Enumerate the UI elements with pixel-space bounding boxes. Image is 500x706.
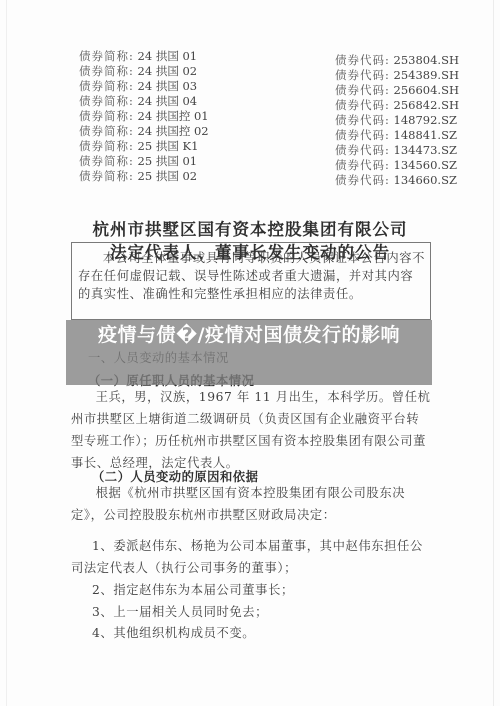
bond-code-row: 债券代码: 256842.SH (335, 98, 459, 113)
page-edge-right (493, 0, 494, 706)
bond-code-row: 债券代码: 148841.SZ (335, 128, 459, 143)
bond-code-label: 债券代码: (335, 143, 390, 157)
bond-name-row: 债券简称: 24 拱国控 02 (79, 124, 209, 139)
bond-names-list: 债券简称: 24 拱国 01 债券简称: 24 拱国 02 债券简称: 24 拱… (79, 49, 209, 184)
decision-item-3: 3、上一届相关人员同时免去； (92, 602, 268, 620)
bond-name-row: 债券简称: 24 拱国控 01 (79, 109, 209, 124)
bond-code-value: 134560.SZ (394, 158, 457, 172)
bond-code-value: 253804.SH (394, 53, 459, 67)
bond-code-label: 债券代码: (335, 173, 390, 187)
bond-code-value: 134473.SZ (394, 143, 457, 157)
bond-name-label: 债券简称: (79, 79, 134, 93)
bond-name-row: 债券简称: 25 拱国 01 (79, 154, 209, 169)
bond-code-value: 254389.SH (394, 68, 459, 82)
bond-code-row: 债券代码: 134473.SZ (335, 143, 459, 158)
bond-code-label: 债券代码: (335, 68, 390, 82)
bond-name-label: 债券简称: (79, 169, 134, 183)
bond-code-label: 债券代码: (335, 53, 390, 67)
disclaimer-box: 本公司全体董事或具有同等职责的人员保证本公告内容不存在任何虚假记载、误导性陈述或… (71, 242, 431, 320)
document-title-line1: 杭州市拱墅区国有资本控股集团有限公司 (0, 216, 500, 240)
bond-code-value: 148841.SZ (394, 128, 457, 142)
bond-name-row: 债券简称: 25 拱国 K1 (79, 139, 209, 154)
bond-name-value: 24 拱国 02 (138, 64, 198, 78)
bond-code-value: 256604.SH (394, 83, 459, 97)
bond-name-value: 24 拱国 04 (138, 94, 198, 108)
bond-name-label: 债券简称: (79, 94, 134, 108)
bond-name-label: 债券简称: (79, 154, 134, 168)
bond-codes-list: 债券代码: 253804.SH 债券代码: 254389.SH 债券代码: 25… (335, 53, 459, 188)
overlay-title: 疫情与债�/疫情对国债发行的影响 (66, 323, 432, 347)
section1-paragraph: 王兵，男，汉族，1967 年 11 月出生，本科学历。曾任杭州市拱墅区上塘街道二… (71, 386, 431, 474)
bond-name-row: 债券简称: 24 拱国 04 (79, 94, 209, 109)
document-page: 债券简称: 24 拱国 01 债券简称: 24 拱国 02 债券简称: 24 拱… (0, 0, 500, 706)
bond-code-row: 债券代码: 254389.SH (335, 68, 459, 83)
bond-name-value: 25 拱国 K1 (138, 139, 199, 153)
bond-name-label: 债券简称: (79, 139, 134, 153)
bond-name-row: 债券简称: 24 拱国 03 (79, 79, 209, 94)
bond-name-label: 债券简称: (79, 64, 134, 78)
bond-name-value: 25 拱国 01 (138, 154, 198, 168)
bond-name-value: 24 拱国 01 (138, 49, 198, 63)
bond-name-value: 25 拱国 02 (138, 169, 198, 183)
bond-code-label: 债券代码: (335, 113, 390, 127)
bond-code-row: 债券代码: 134560.SZ (335, 158, 459, 173)
decision-item-4: 4、其他组织机构成员不变。 (92, 623, 255, 641)
bond-name-value: 24 拱国 03 (138, 79, 198, 93)
section2-paragraph-text: 根据《杭州市拱墅区国有资本控股集团有限公司股东决定》，公司控股股东杭州市拱墅区财… (71, 486, 405, 522)
disclaimer-text: 本公司全体董事或具有同等职责的人员保证本公告内容不存在任何虚假记载、误导性陈述或… (78, 249, 426, 303)
bond-name-row: 债券简称: 24 拱国 02 (79, 64, 209, 79)
decision-item-2: 2、指定赵伟东为本届公司董事长； (92, 580, 294, 598)
bond-code-label: 债券代码: (335, 83, 390, 97)
bond-name-row: 债券简称: 24 拱国 01 (79, 49, 209, 64)
bond-code-row: 债券代码: 256604.SH (335, 83, 459, 98)
bond-code-row: 债券代码: 134660.SZ (335, 173, 459, 188)
bond-code-label: 债券代码: (335, 158, 390, 172)
section1-paragraph-text: 王兵，男，汉族，1967 年 11 月出生，本科学历。曾任杭州市拱墅区上塘街道二… (71, 390, 431, 470)
bond-name-value: 24 拱国控 01 (138, 109, 209, 123)
bond-code-value: 134660.SZ (394, 173, 457, 187)
bond-code-label: 债券代码: (335, 98, 390, 112)
bond-code-row: 债券代码: 253804.SH (335, 53, 459, 68)
bond-code-value: 256842.SH (394, 98, 459, 112)
bond-name-value: 24 拱国控 02 (138, 124, 209, 138)
bond-code-row: 债券代码: 148792.SZ (335, 113, 459, 128)
bond-code-label: 债券代码: (335, 128, 390, 142)
bond-name-label: 债券简称: (79, 109, 134, 123)
bond-name-label: 债券简称: (79, 124, 134, 138)
decision-item-1: 1、委派赵伟东、杨艳为公司本届董事，其中赵伟东担任公 (92, 536, 423, 554)
section2-paragraph: 根据《杭州市拱墅区国有资本控股集团有限公司股东决定》，公司控股股东杭州市拱墅区财… (71, 482, 431, 526)
page-edge-left (6, 0, 7, 706)
bond-name-label: 债券简称: (79, 49, 134, 63)
bond-name-row: 债券简称: 25 拱国 02 (79, 169, 209, 184)
bond-code-value: 148792.SZ (394, 113, 457, 127)
decision-item-1-cont: 司法定代表人（执行公司事务的董事）； (71, 558, 297, 576)
